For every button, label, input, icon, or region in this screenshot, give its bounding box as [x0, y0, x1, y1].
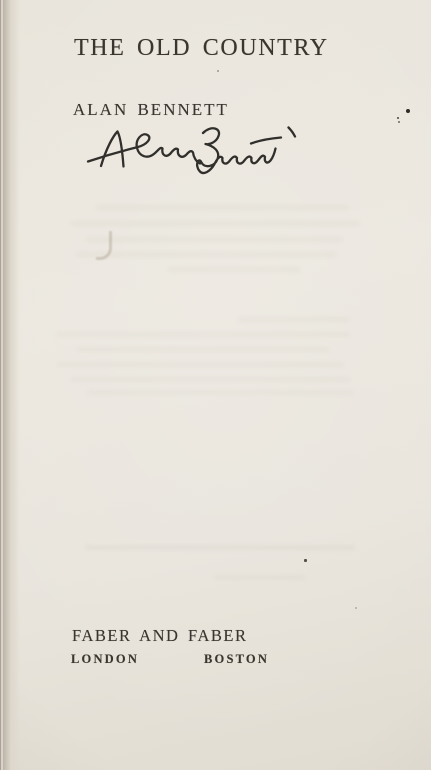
page-gutter-shadow [0, 0, 22, 770]
publisher-city-london: LONDON [71, 652, 139, 667]
paper-speck-bottom [355, 607, 357, 609]
ink-speck-small [397, 117, 399, 119]
signature-stroke-tick [289, 128, 296, 137]
page-edge-highlight [1, 0, 3, 770]
signature-stroke-A [101, 132, 124, 167]
signature-autograph [84, 120, 299, 180]
signature-stroke-lan [88, 134, 200, 163]
signature-stroke-tbar [251, 138, 281, 144]
author-name: ALAN BENNETT [73, 100, 229, 120]
ink-speck-small-2 [398, 121, 400, 123]
ink-speck-large [406, 109, 410, 113]
publisher-city-boston: BOSTON [204, 652, 269, 667]
signature-stroke-bennett [197, 128, 275, 173]
paper-speck-top [217, 70, 219, 72]
paper-speck-middle [304, 559, 307, 562]
publisher-name: FABER AND FABER [72, 626, 248, 646]
book-title: THE OLD COUNTRY [74, 35, 329, 62]
book-title-page-photo: THE OLD COUNTRY ALAN BENNETT F [0, 0, 431, 770]
